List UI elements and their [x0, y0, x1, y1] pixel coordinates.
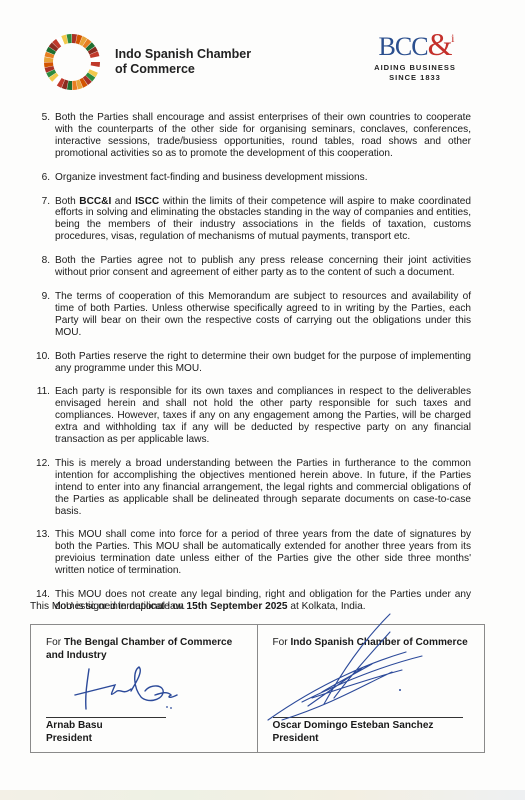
clause-9: 9.The terms of cooperation of this Memor…: [32, 291, 471, 339]
signing-text: This MoU is signed in duplicate on: [30, 601, 187, 612]
clause-text: Both: [55, 196, 79, 207]
bcci-ampersand: &: [428, 26, 452, 62]
clause-number: 5.: [32, 112, 50, 124]
clause-text: Both Parties reserve the right to determ…: [55, 351, 471, 374]
signatory-bcci: For The Bengal Chamber of Commerce and I…: [31, 625, 258, 752]
clause-8: 8.Both the Parties agree not to publish …: [32, 255, 471, 279]
for-prefix: For: [46, 637, 64, 648]
page-bottom-edge: [0, 790, 525, 800]
bcci-tagline-2: SINCE 1833: [365, 73, 465, 83]
signing-date: 15th September 2025: [187, 601, 288, 612]
signatory-org-name: The Bengal Chamber of Commerce and Indus…: [46, 637, 232, 661]
clause-number: 10.: [26, 351, 50, 363]
clause-6: 6.Organize investment fact-finding and b…: [32, 172, 471, 184]
clause-13: 13.This MOU shall come into force for a …: [32, 529, 471, 577]
letterhead: Indo Spanish Chamber of Commerce BCC&i A…: [0, 0, 525, 105]
clause-number: 14.: [26, 589, 50, 601]
bcci-logo: BCC&i AIDING BUSINESS SINCE 1833: [365, 30, 465, 83]
clause-text: Organize investment fact-finding and bus…: [55, 172, 368, 183]
clause-number: 8.: [32, 255, 50, 267]
signing-place: at Kolkata, India.: [288, 601, 366, 612]
clause-number: 7.: [32, 196, 50, 208]
clause-text: This is merely a broad understanding bet…: [55, 458, 471, 517]
signatory-iscc: For Indo Spanish Chamber of Commerce Osc…: [258, 625, 485, 752]
isc-name-line2: of Commerce: [115, 62, 251, 77]
signatory-name: Oscar Domingo Esteban Sanchez: [273, 720, 434, 732]
isc-org-name: Indo Spanish Chamber of Commerce: [115, 47, 251, 77]
bcci-wordmark: BCC&i: [379, 30, 452, 61]
mou-clauses-list: 5.Both the Parties shall encourage and a…: [32, 112, 471, 625]
clause-text: This MOU shall come into force for a per…: [55, 529, 471, 576]
for-prefix: For: [273, 637, 291, 648]
signatory-title: President: [273, 733, 319, 745]
signature-table: For The Bengal Chamber of Commerce and I…: [30, 624, 485, 753]
handwritten-signature-arnab-icon: [71, 661, 191, 721]
clause-text: and: [111, 196, 135, 207]
clause-number: 12.: [26, 458, 50, 470]
clause-10: 10.Both Parties reserve the right to det…: [32, 351, 471, 375]
clause-number: 9.: [32, 291, 50, 303]
clause-7: 7.Both BCC&I and ISCC within the limits …: [32, 196, 471, 244]
isc-ring-logo-icon: [42, 32, 102, 92]
signatory-org-name: Indo Spanish Chamber of Commerce: [290, 637, 467, 648]
clause-text: Both the Parties shall encourage and ass…: [55, 112, 471, 159]
clause-text: Each party is responsible for its own ta…: [55, 386, 471, 445]
signatory-org: For The Bengal Chamber of Commerce and I…: [46, 636, 251, 662]
isc-name-line1: Indo Spanish Chamber: [115, 47, 251, 62]
clause-12: 12.This is merely a broad understanding …: [32, 458, 471, 518]
clause-number: 13.: [26, 529, 50, 541]
clause-number: 6.: [32, 172, 50, 184]
signing-statement: This MoU is signed in duplicate on 15th …: [30, 601, 366, 612]
signature-line: [273, 717, 463, 718]
bcci-mark-text: BCC: [379, 32, 428, 61]
signatory-name: Arnab Basu: [46, 720, 103, 732]
clause-number: 11.: [26, 386, 50, 398]
signature-line: [46, 717, 166, 718]
clause-11: 11.Each party is responsible for its own…: [32, 386, 471, 446]
bcci-tagline-1: AIDING BUSINESS: [365, 63, 465, 73]
signatory-org: For Indo Spanish Chamber of Commerce: [273, 636, 478, 649]
bcci-abbrev: BCC&I: [79, 196, 111, 207]
signatory-title: President: [46, 733, 92, 745]
iscc-abbrev: ISCC: [135, 196, 159, 207]
clause-5: 5.Both the Parties shall encourage and a…: [32, 112, 471, 160]
clause-text: The terms of cooperation of this Memoran…: [55, 291, 471, 338]
clause-text: Both the Parties agree not to publish an…: [55, 255, 471, 278]
bcci-i: i: [451, 24, 453, 52]
